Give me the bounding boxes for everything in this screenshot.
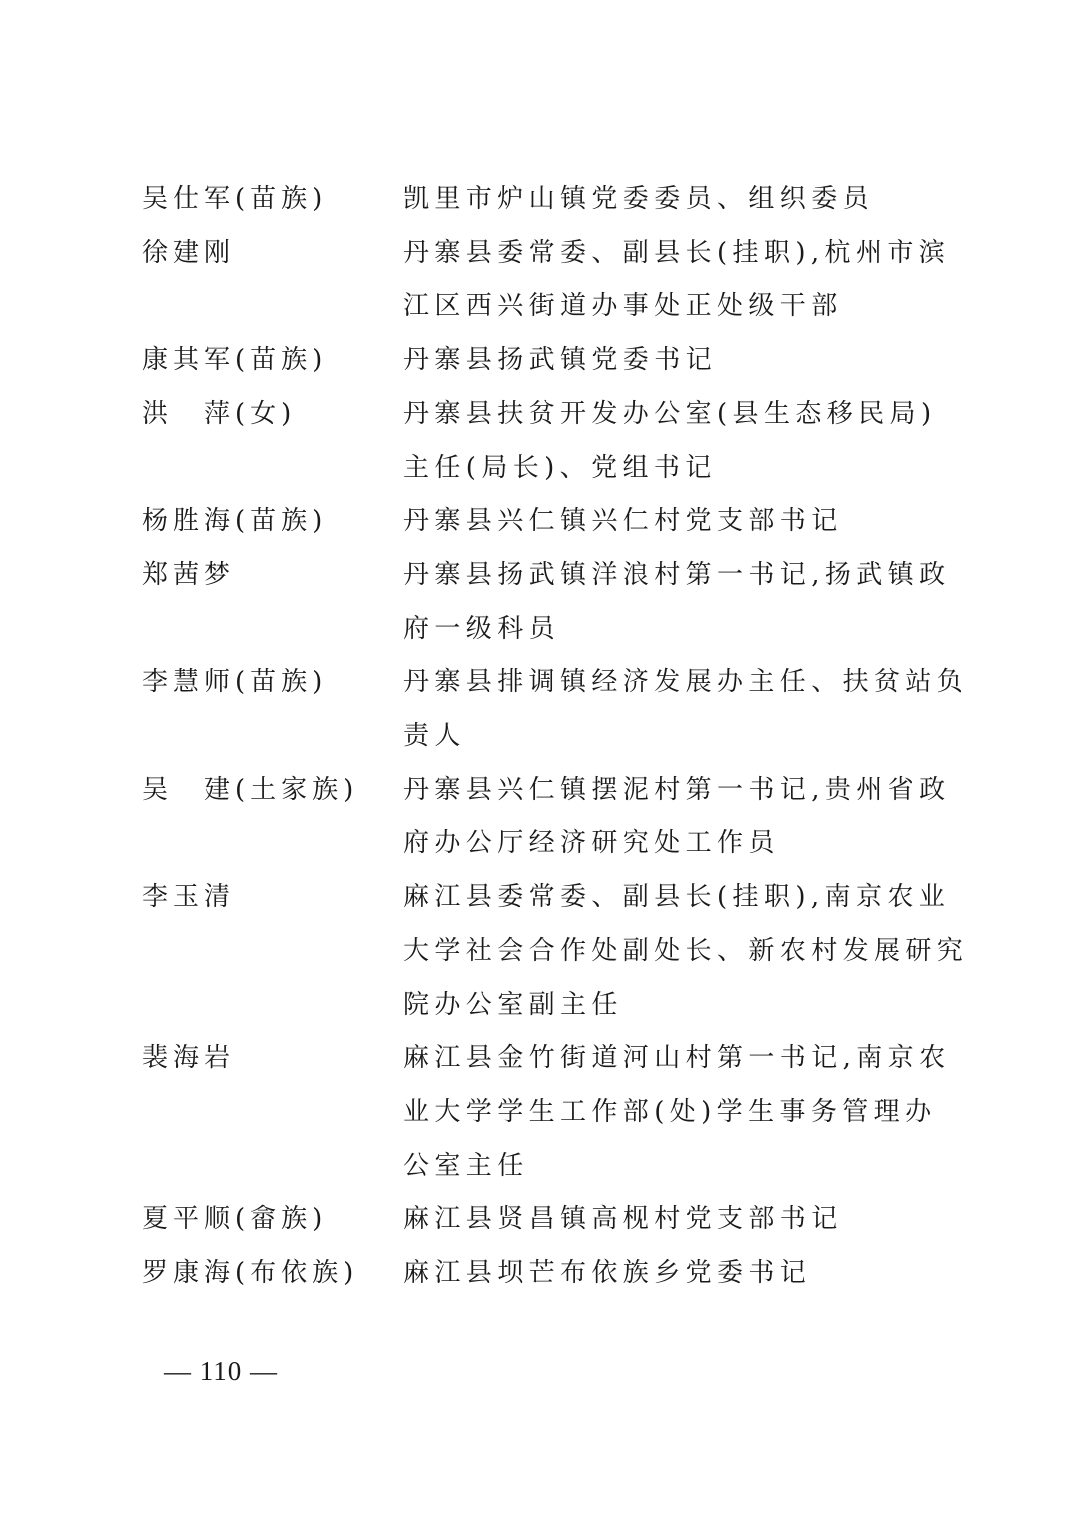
position-line: 丹寨县排调镇经济发展办主任、扶贫站负 [403, 656, 968, 710]
position-line: 麻江县坝芒布依族乡党委书记 [403, 1247, 942, 1301]
position-line: 麻江县金竹街道河山村第一书记,南京农 [403, 1032, 950, 1086]
list-item: 吴仕军(苗族) 凯里市炉山镇党委委员、组织委员 [142, 173, 942, 227]
person-position: 丹寨县委常委、副县长(挂职),杭州市滨 江区西兴街道办事处正处级干部 [403, 227, 950, 334]
person-name: 杨胜海(苗族) [142, 495, 403, 549]
person-name: 李慧师(苗族) [142, 656, 403, 763]
position-line: 丹寨县扬武镇党委书记 [403, 334, 942, 388]
position-line: 麻江县贤昌镇高枧村党支部书记 [403, 1193, 942, 1247]
position-line: 丹寨县扶贫开发办公室(县生态移民局) [403, 388, 942, 442]
position-line: 大学社会合作处副处长、新农村发展研究 [403, 925, 968, 979]
person-name: 康其军(苗族) [142, 334, 403, 388]
list-item: 康其军(苗族) 丹寨县扬武镇党委书记 [142, 334, 942, 388]
person-position: 麻江县委常委、副县长(挂职),南京农业 大学社会合作处副处长、新农村发展研究 院… [403, 871, 968, 1032]
list-item: 吴 建(土家族) 丹寨县兴仁镇摆泥村第一书记,贵州省政 府办公厅经济研究处工作员 [142, 764, 942, 871]
list-item: 郑茜梦 丹寨县扬武镇洋浪村第一书记,扬武镇政 府一级科员 [142, 549, 942, 656]
position-line: 江区西兴街道办事处正处级干部 [403, 280, 950, 334]
person-name: 夏平顺(畲族) [142, 1193, 403, 1247]
list-item: 李慧师(苗族) 丹寨县排调镇经济发展办主任、扶贫站负 责人 [142, 656, 942, 763]
personnel-list: 吴仕军(苗族) 凯里市炉山镇党委委员、组织委员 徐建刚 丹寨县委常委、副县长(挂… [142, 173, 942, 1301]
list-item: 杨胜海(苗族) 丹寨县兴仁镇兴仁村党支部书记 [142, 495, 942, 549]
person-name: 徐建刚 [142, 227, 403, 334]
position-line: 责人 [403, 710, 968, 764]
position-line: 府办公厅经济研究处工作员 [403, 817, 950, 871]
person-position: 丹寨县排调镇经济发展办主任、扶贫站负 责人 [403, 656, 968, 763]
person-position: 丹寨县兴仁镇兴仁村党支部书记 [403, 495, 942, 549]
person-name: 李玉清 [142, 871, 403, 1032]
position-line: 丹寨县委常委、副县长(挂职),杭州市滨 [403, 227, 950, 281]
list-item: 罗康海(布依族) 麻江县坝芒布依族乡党委书记 [142, 1247, 942, 1301]
person-position: 丹寨县扶贫开发办公室(县生态移民局) 主任(局长)、党组书记 [403, 388, 942, 495]
list-item: 李玉清 麻江县委常委、副县长(挂职),南京农业 大学社会合作处副处长、新农村发展… [142, 871, 942, 1032]
position-line: 丹寨县兴仁镇摆泥村第一书记,贵州省政 [403, 764, 950, 818]
position-line: 主任(局长)、党组书记 [403, 442, 942, 496]
person-position: 麻江县贤昌镇高枧村党支部书记 [403, 1193, 942, 1247]
person-name: 郑茜梦 [142, 549, 403, 656]
position-line: 丹寨县兴仁镇兴仁村党支部书记 [403, 495, 942, 549]
person-name: 罗康海(布依族) [142, 1247, 403, 1301]
person-position: 凯里市炉山镇党委委员、组织委员 [403, 173, 942, 227]
position-line: 院办公室副主任 [403, 979, 968, 1033]
person-position: 麻江县坝芒布依族乡党委书记 [403, 1247, 942, 1301]
person-position: 丹寨县兴仁镇摆泥村第一书记,贵州省政 府办公厅经济研究处工作员 [403, 764, 950, 871]
list-item: 夏平顺(畲族) 麻江县贤昌镇高枧村党支部书记 [142, 1193, 942, 1247]
person-name: 洪 萍(女) [142, 388, 403, 495]
person-position: 麻江县金竹街道河山村第一书记,南京农 业大学学生工作部(处)学生事务管理办 公室… [403, 1032, 950, 1193]
person-position: 丹寨县扬武镇党委书记 [403, 334, 942, 388]
position-line: 麻江县委常委、副县长(挂职),南京农业 [403, 871, 968, 925]
position-line: 凯里市炉山镇党委委员、组织委员 [403, 173, 942, 227]
position-line: 公室主任 [403, 1140, 950, 1194]
position-line: 府一级科员 [403, 603, 950, 657]
position-line: 业大学学生工作部(处)学生事务管理办 [403, 1086, 950, 1140]
position-line: 丹寨县扬武镇洋浪村第一书记,扬武镇政 [403, 549, 950, 603]
list-item: 徐建刚 丹寨县委常委、副县长(挂职),杭州市滨 江区西兴街道办事处正处级干部 [142, 227, 942, 334]
person-name: 吴 建(土家族) [142, 764, 403, 871]
list-item: 裴海岩 麻江县金竹街道河山村第一书记,南京农 业大学学生工作部(处)学生事务管理… [142, 1032, 942, 1193]
person-name: 裴海岩 [142, 1032, 403, 1193]
person-position: 丹寨县扬武镇洋浪村第一书记,扬武镇政 府一级科员 [403, 549, 950, 656]
list-item: 洪 萍(女) 丹寨县扶贫开发办公室(县生态移民局) 主任(局长)、党组书记 [142, 388, 942, 495]
page-number: — 110 — [164, 1356, 278, 1387]
document-page: 吴仕军(苗族) 凯里市炉山镇党委委员、组织委员 徐建刚 丹寨县委常委、副县长(挂… [0, 0, 1080, 1527]
person-name: 吴仕军(苗族) [142, 173, 403, 227]
